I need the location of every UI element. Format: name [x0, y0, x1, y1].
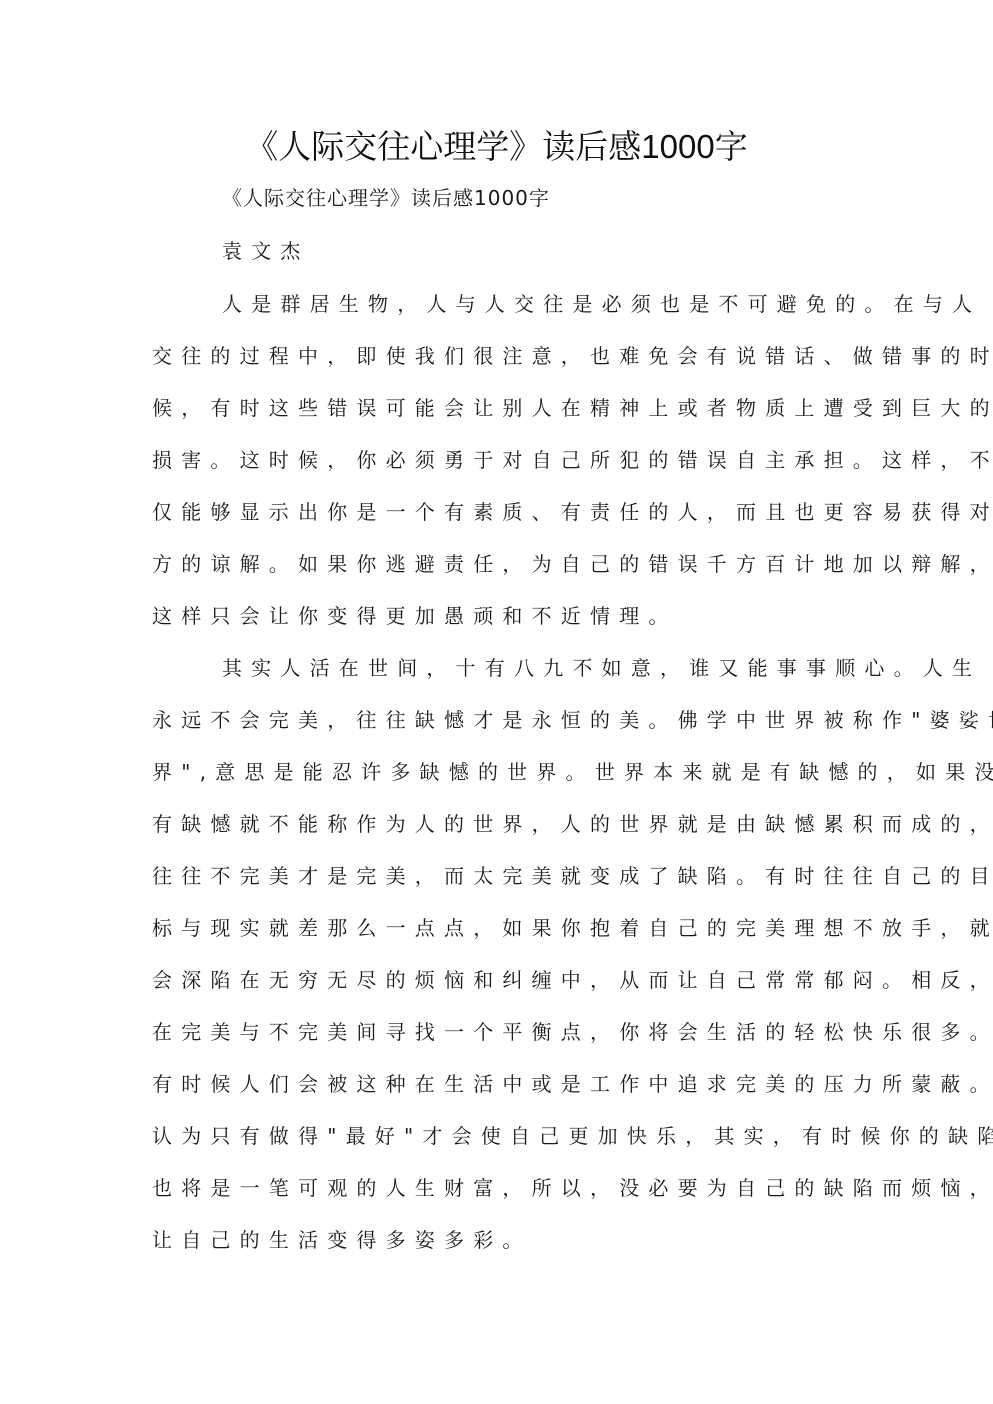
paragraph-line: 损害。这时候，你必须勇于对自己所犯的错误自主承担。这样，不: [152, 445, 842, 475]
document-page: 《人际交往心理学》读后感1000字 《人际交往心理学》读后感1000字 袁文杰 …: [0, 0, 993, 1404]
paragraph-line: 这样只会让你变得更加愚顽和不近情理。: [152, 601, 842, 631]
paragraph-line: 标与现实就差那么一点点，如果你抱着自己的完美理想不放手，就: [152, 913, 842, 943]
paragraph-line: 界",意思是能忍许多缺憾的世界。世界本来就是有缺憾的，如果没: [152, 757, 842, 787]
paragraph-line: 有时候人们会被这种在生活中或是工作中追求完美的压力所蒙蔽。: [152, 1069, 842, 1099]
paragraph-line: 人是群居生物，人与人交往是必须也是不可避免的。在与人: [222, 289, 912, 319]
paragraph-line: 其实人活在世间，十有八九不如意，谁又能事事顺心。人生: [222, 653, 912, 683]
paragraph-line: 往往不完美才是完美，而太完美就变成了缺陷。有时往往自己的目: [152, 861, 842, 891]
paragraph-line: 有缺憾就不能称作为人的世界，人的世界就是由缺憾累积而成的，: [152, 809, 842, 839]
author-name: 袁文杰: [222, 236, 912, 266]
paragraph-line: 仅能够显示出你是一个有素质、有责任的人，而且也更容易获得对: [152, 497, 842, 527]
paragraph-line: 方的谅解。如果你逃避责任，为自己的错误千方百计地加以辩解，: [152, 549, 842, 579]
document-subtitle: 《人际交往心理学》读后感1000字: [222, 183, 912, 213]
paragraph-line: 也将是一笔可观的人生财富，所以，没必要为自己的缺陷而烦恼，: [152, 1173, 842, 1203]
paragraph-line: 认为只有做得"最好"才会使自己更加快乐，其实，有时候你的缺陷: [152, 1121, 842, 1151]
paragraph-line: 候，有时这些错误可能会让别人在精神上或者物质上遭受到巨大的: [152, 393, 842, 423]
paragraph-line: 在完美与不完美间寻找一个平衡点，你将会生活的轻松快乐很多。: [152, 1017, 842, 1047]
paragraph-line: 永远不会完美，往往缺憾才是永恒的美。佛学中世界被称作"婆娑世: [152, 705, 842, 735]
document-title: 《人际交往心理学》读后感1000字: [0, 122, 993, 172]
paragraph-line: 会深陷在无穷无尽的烦恼和纠缠中，从而让自己常常郁闷。相反，: [152, 965, 842, 995]
paragraph-line: 交往的过程中，即使我们很注意，也难免会有说错话、做错事的时: [152, 341, 842, 371]
paragraph-line: 让自己的生活变得多姿多彩。: [152, 1225, 842, 1255]
